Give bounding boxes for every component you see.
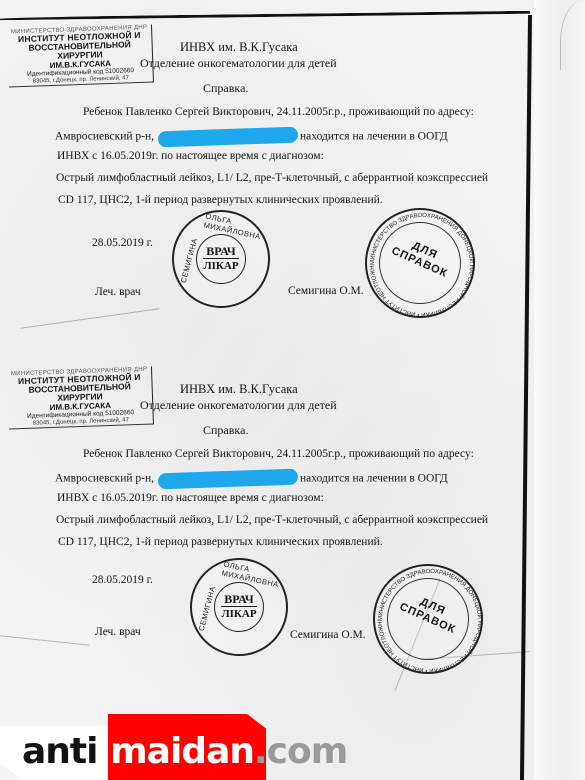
document-title: Справка.: [203, 81, 248, 96]
text-line-patient: Ребенок Павленко Сергей Викторович, 24.1…: [83, 106, 474, 118]
redaction-mark: [158, 127, 298, 148]
department-name: Отделение онкогематологии для детей: [140, 398, 337, 413]
stamp-center: ВРАЧ ЛІКАР: [196, 234, 246, 284]
watermark-maidan: ·maidan: [97, 731, 254, 772]
treatment-status: находится на лечении в ООГД: [300, 131, 448, 143]
text-line-diagnosis-cont: CD 117, ЦНС2, 1-й период развернутых кли…: [58, 536, 383, 548]
text-line-diagnosis: Острый лимфобластный лейкоз, L1/ L2, пре…: [56, 172, 488, 184]
stamp-center-top: ВРАЧ: [221, 593, 257, 607]
doctor-stamp: ОЛЬГА МИХАЙЛОВНА СЕМИГИНА ВРАЧ ЛІКАР: [172, 210, 270, 308]
institution-title: ИНВХ им. В.К.Гусака: [180, 40, 298, 55]
stamp-center: ВРАЧ ЛІКАР: [214, 582, 264, 632]
doctor-stamp: ОЛЬГА МИХАЙЛОВНА СЕМИГИНА ВРАЧ ЛІКАР: [190, 558, 288, 656]
scanned-paper: МИНИСТЕРСТВО ЗДРАВООХРАНЕНИЯ ДНР ИНСТИТУ…: [0, 0, 585, 780]
issue-date: 28.05.2019 г.: [92, 574, 153, 586]
issue-date: 28.05.2019 г.: [92, 237, 153, 249]
department-name: Отделение онкогематологии для детей: [140, 56, 337, 71]
scan-margin: [534, 0, 585, 780]
signer-name: Семигина О.М.: [290, 629, 366, 641]
official-stamp: МИНИСТЕРСТВО ЗДРАВООХРАНЕНИЯ ДОНЕЦКОЙ НА…: [365, 208, 475, 318]
text-line-address: Амвросиевский р-н,находится на лечении в…: [55, 129, 448, 145]
watermark-com: .com: [254, 731, 347, 772]
text-line-dates: ИНВХ с 16.05.2019г. по настоящее время с…: [57, 150, 324, 162]
stamp-center-bottom: ЛІКАР: [197, 259, 245, 273]
paper-crease: [0, 635, 90, 645]
address-start: Амвросиевский р-н,: [55, 131, 154, 143]
signer-label: Леч. врач: [95, 286, 141, 298]
text-line-diagnosis-cont: CD 117, ЦНС2, 1-й период развернутых кли…: [58, 194, 383, 206]
text-line-address: Амвросиевский р-н,находится на лечении в…: [55, 471, 448, 487]
address-start: Амвросиевский р-н,: [55, 473, 154, 485]
signer-name: Семигина О.М.: [288, 285, 364, 297]
redaction-mark: [158, 469, 298, 490]
institution-stamp: МИНИСТЕРСТВО ЗДРАВООХРАНЕНИЯ ДНР ИНСТИТУ…: [7, 366, 154, 429]
official-stamp: МИНИСТЕРСТВО ЗДРАВООХРАНЕНИЯ ДОНЕЦКОЙ НА…: [373, 564, 483, 674]
treatment-status: находится на лечении в ООГД: [300, 473, 448, 485]
text-line-diagnosis: Острый лимфобластный лейкоз, L1/ L2, пре…: [56, 514, 488, 526]
text-line-dates: ИНВХ с 16.05.2019г. по настоящее время с…: [57, 492, 324, 504]
stamp-center-bottom: ЛІКАР: [215, 607, 263, 621]
signer-label: Леч. врач: [95, 626, 141, 638]
watermark-text: anti·maidan.com: [22, 732, 347, 772]
paper-top-edge: [0, 11, 530, 21]
institution-stamp: МИНИСТЕРСТВО ЗДРАВООХРАНЕНИЯ ДНР ИНСТИТУ…: [7, 24, 154, 87]
institution-title: ИНВХ им. В.К.Гусака: [180, 382, 298, 397]
document-title: Справка.: [203, 423, 248, 438]
watermark-anti: anti: [22, 731, 97, 772]
site-watermark-logo: anti·maidan.com: [0, 714, 330, 780]
text-line-patient: Ребенок Павленко Сергей Викторович, 24.1…: [83, 448, 474, 460]
stamp-center-top: ВРАЧ: [203, 245, 239, 259]
paper-crease: [21, 308, 160, 328]
paper-right-edge: [520, 15, 532, 780]
